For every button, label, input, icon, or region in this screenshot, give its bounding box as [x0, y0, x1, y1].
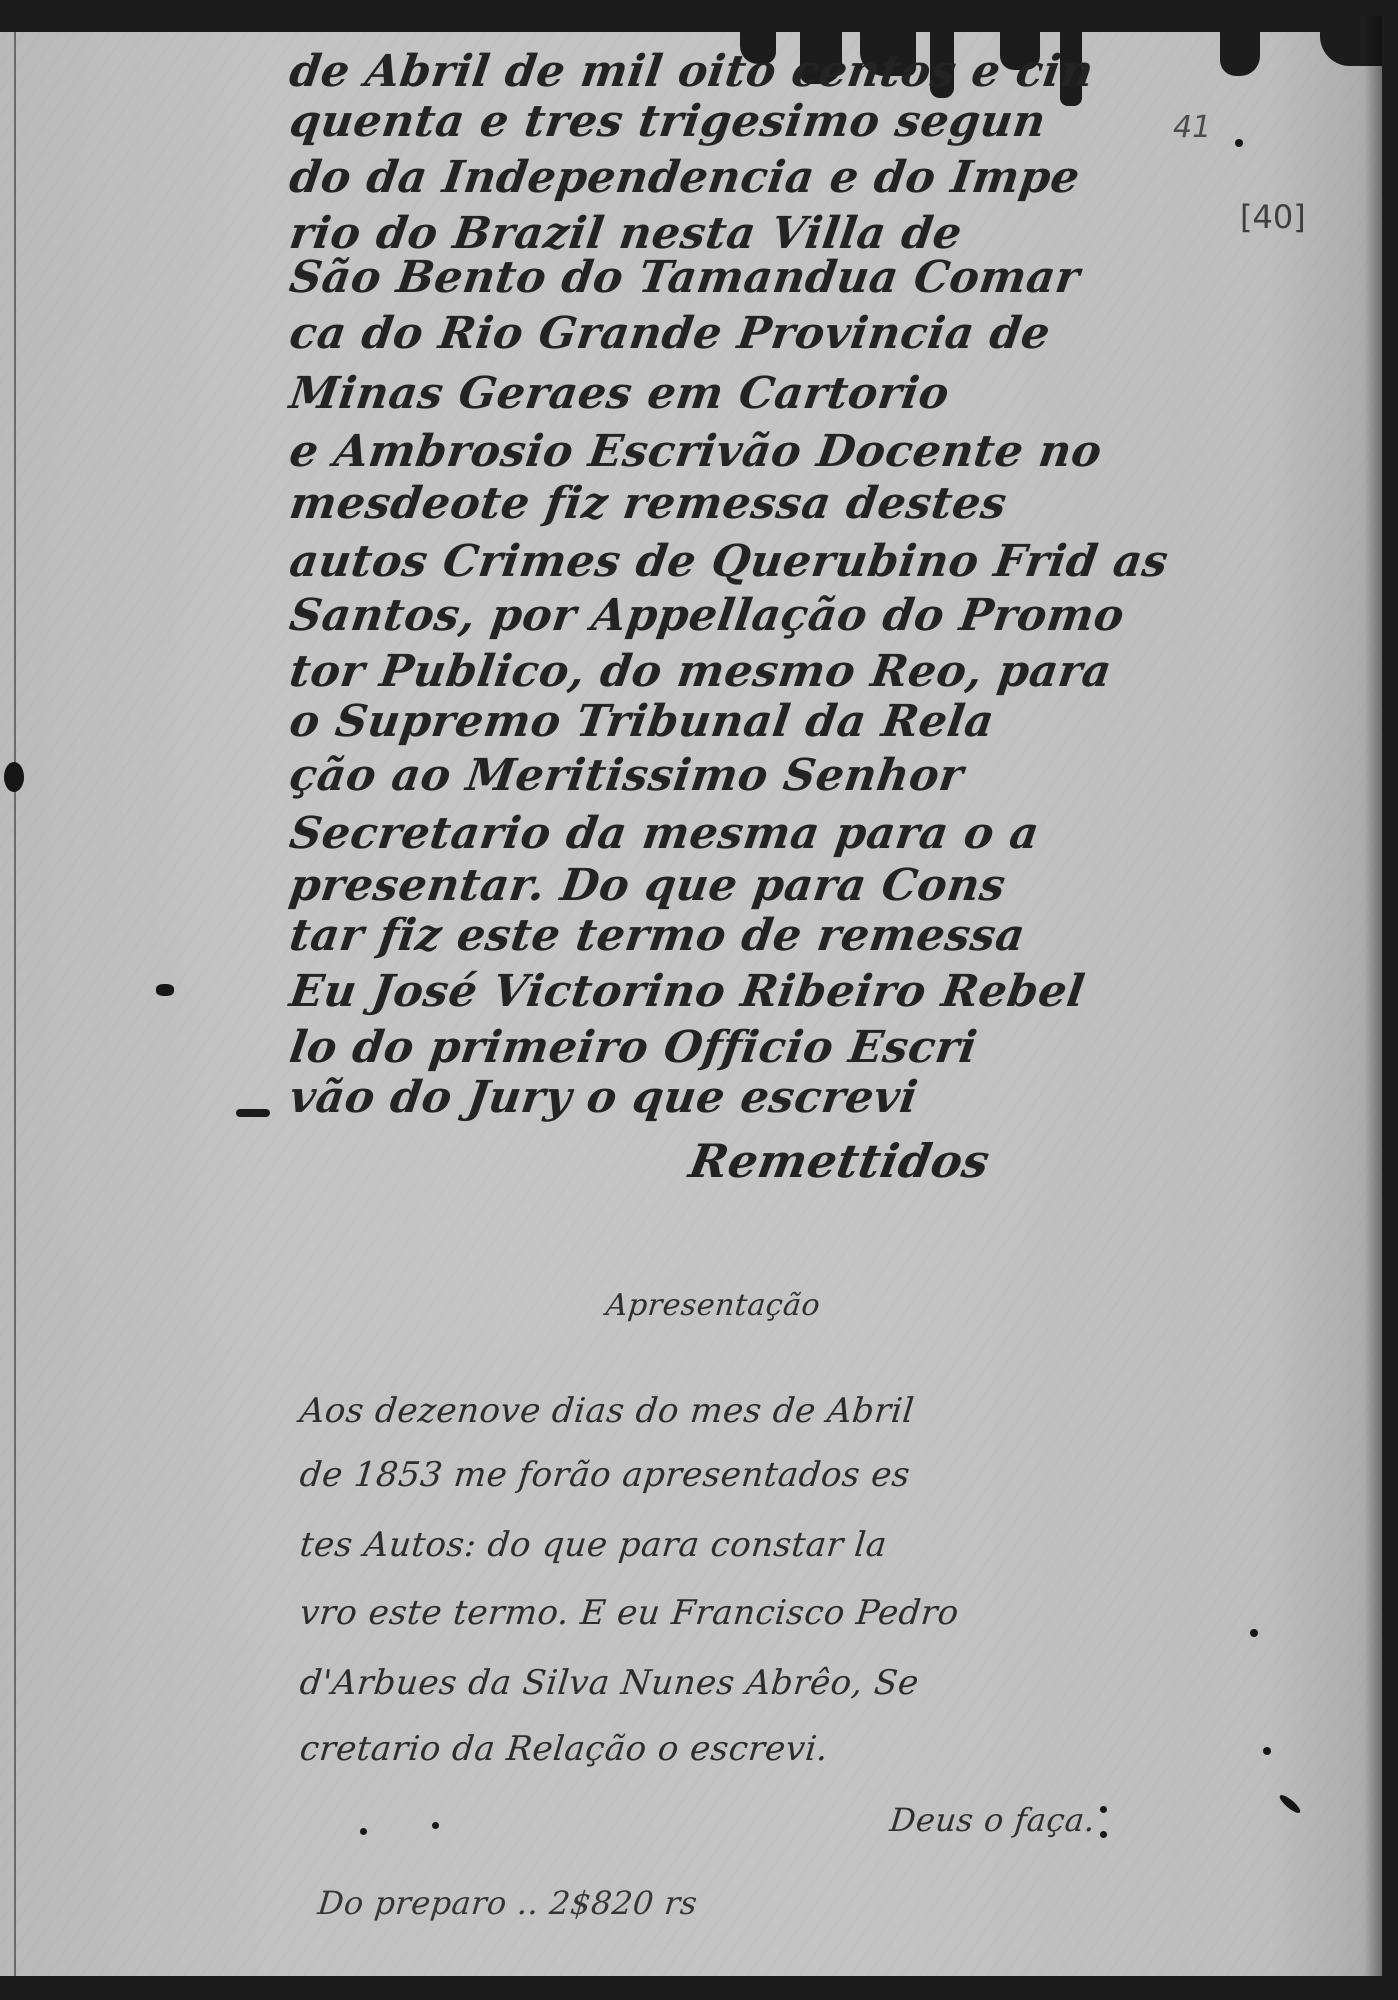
ink-dot — [1250, 1629, 1258, 1637]
text-line: Eu José Victorino Ribeiro Rebel — [287, 970, 1088, 1014]
text-line: Santos, por Appellação do Promo — [287, 594, 1127, 638]
text-line: São Bento do Tamandua Comar — [287, 256, 1083, 300]
text-line: Minas Geraes em Cartorio — [287, 372, 952, 416]
ink-dot — [1235, 139, 1243, 147]
ink-dot — [1263, 1747, 1271, 1755]
text-line: tor Publico, do mesmo Reo, para — [287, 650, 1114, 694]
text-line: vão do Jury o que escrevi — [287, 1076, 920, 1120]
text-line: vro este termo. E eu Francisco Pedro — [298, 1596, 960, 1630]
text-line: cretario da Relação o escrevi. — [298, 1732, 830, 1766]
manuscript-page: 41 [40] de Abril de mil oito centos e ci… — [0, 16, 1382, 1976]
ink-blot — [156, 984, 174, 996]
text-line: d'Arbues da Silva Nunes Abrêo, Se — [298, 1666, 920, 1700]
ink-blot — [4, 762, 24, 792]
text-line: rio do Brazil nesta Villa de — [287, 212, 965, 256]
text-line: de 1853 me forão apresentados es — [298, 1458, 911, 1492]
remittance-mark: Remettidos — [685, 1134, 994, 1188]
text-line: lo do primeiro Officio Escri — [287, 1026, 980, 1070]
text-line: mesdeote fiz remessa destes — [287, 482, 1009, 526]
text-line: quenta e tres trigesimo segun — [287, 100, 1049, 144]
text-line: ca do Rio Grande Provincia de — [287, 312, 1053, 356]
closing-phrase: Deus o faça. — [888, 1801, 1097, 1839]
text-line: autos Crimes de Querubino Frid as — [287, 540, 1171, 584]
margin-rule-line — [14, 16, 16, 1976]
archive-page-number: [40] — [1240, 198, 1306, 236]
text-line: o Supremo Tribunal da Rela — [287, 700, 997, 744]
page-damage — [1220, 16, 1260, 76]
text-line: Aos dezenove dias do mes de Abril — [298, 1394, 916, 1428]
text-line: tes Autos: do que para constar la — [298, 1528, 888, 1562]
ink-blot — [1277, 1793, 1302, 1816]
text-line: Secretario da mesma para o a — [287, 812, 1042, 856]
text-line: presentar. Do que para Cons — [287, 864, 1008, 908]
text-line: tar fiz este termo de remessa — [287, 914, 1028, 958]
page-edge-shadow — [1364, 16, 1382, 1976]
margin-dash-mark — [236, 1109, 270, 1117]
presentation-paragraph: Aos dezenove dias do mes de Abril de 185… — [300, 1266, 1160, 1866]
scanned-document: 41 [40] de Abril de mil oito centos e ci… — [0, 0, 1398, 2000]
main-paragraph: de Abril de mil oito centos e cin quenta… — [290, 16, 1150, 1136]
text-line: e Ambrosio Escrivão Docente no — [287, 430, 1105, 474]
text-line: de Abril de mil oito centos e cin — [287, 50, 1096, 94]
text-line: do da Independencia e do Impe — [287, 156, 1083, 200]
folio-number: 41 — [1173, 110, 1211, 145]
fee-note: Do preparo .. 2$820 rs — [316, 1884, 699, 1922]
text-line: ção ao Meritissimo Senhor — [287, 754, 966, 798]
